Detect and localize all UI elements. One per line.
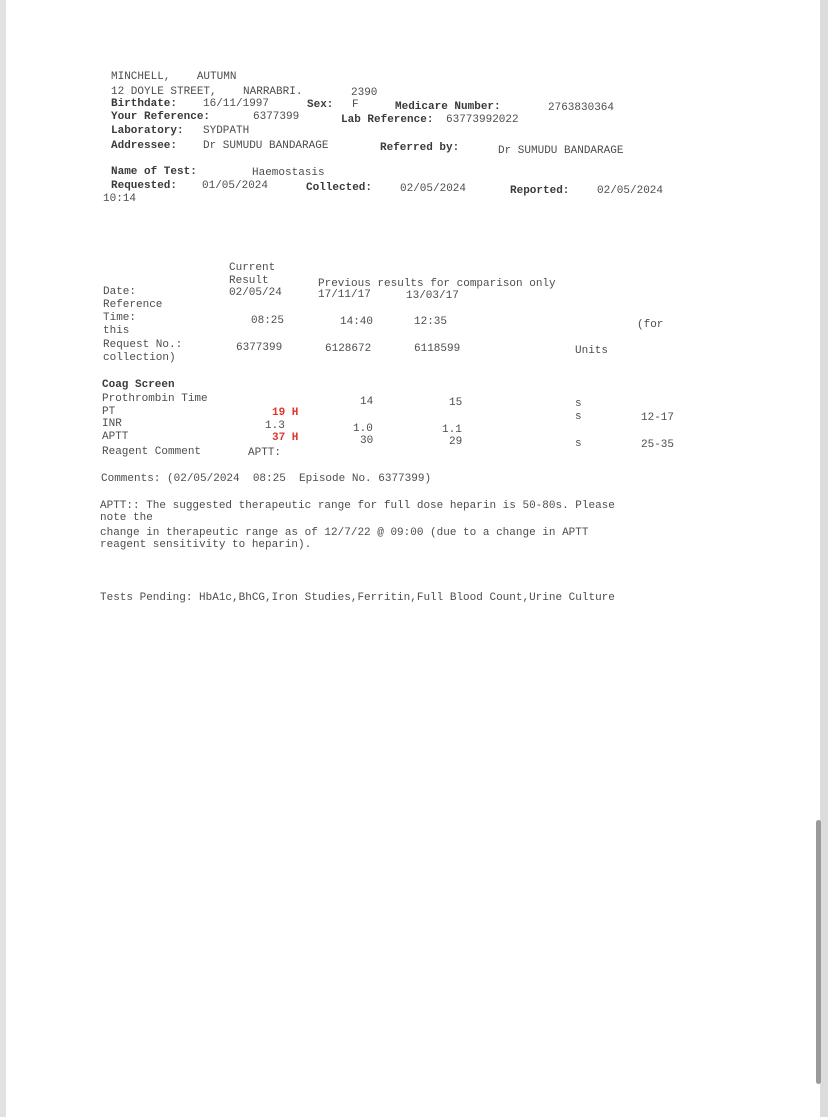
viewer-left-edge: [0, 0, 6, 1117]
tests-pending: Tests Pending: HbA1c,BhCG,Iron Studies,F…: [100, 592, 615, 604]
your-reference-value: 6377399: [253, 111, 299, 123]
row-current-flagged: 37 H: [272, 432, 298, 444]
time-label: Time:: [103, 312, 136, 324]
comment-line-1: APTT:: The suggested therapeutic range f…: [100, 500, 615, 512]
date-current: 02/05/24: [229, 287, 282, 299]
for-label: (for: [637, 319, 663, 331]
row-prev2: 29: [449, 436, 462, 448]
referred-by-label: Referred by:: [380, 142, 459, 154]
comment-line-3: change in therapeutic range as of 12/7/2…: [100, 527, 588, 539]
medicare-label: Medicare Number:: [395, 101, 501, 113]
time-prev1: 14:40: [340, 316, 373, 328]
laboratory-label: Laboratory:: [111, 125, 184, 137]
row-prev1: 14: [360, 396, 373, 408]
comment-line-2: note the: [100, 512, 153, 524]
current-header-2: Result: [229, 275, 269, 287]
collected-value: 02/05/2024: [400, 183, 466, 195]
scrollbar-track[interactable]: [820, 0, 828, 1117]
reported-label: Reported:: [510, 185, 569, 197]
date-prev2: 13/03/17: [406, 290, 459, 302]
medicare-value: 2763830364: [548, 102, 614, 114]
coag-section-title: Coag Screen: [102, 379, 175, 391]
requested-value: 01/05/2024: [202, 180, 268, 192]
test-name-label: Name of Test:: [111, 166, 197, 178]
units-label: Units: [575, 345, 608, 357]
request-current: 6377399: [236, 342, 282, 354]
row-current: APTT:: [248, 447, 281, 459]
row-current-flagged: 19 H: [272, 407, 298, 419]
patient-address: 12 DOYLE STREET, NARRABRI.: [111, 86, 302, 98]
row-label: INR: [102, 418, 122, 430]
request-no-label: Request No.:: [103, 339, 182, 351]
your-reference-label: Your Reference:: [111, 111, 210, 123]
patient-postcode: 2390: [351, 87, 377, 99]
row-label: Reagent Comment: [102, 446, 201, 458]
row-range: 12-17: [641, 412, 674, 424]
lab-reference-label: Lab Reference:: [341, 114, 433, 126]
this-label: this: [103, 325, 129, 337]
current-header-1: Current: [229, 262, 275, 274]
lab-reference-value: 63773992022: [446, 114, 519, 126]
collected-label: Collected:: [306, 182, 372, 194]
collection-label: collection): [103, 352, 176, 364]
sex-label: Sex:: [307, 99, 333, 111]
reference-label: Reference: [103, 299, 162, 311]
addressee-value: Dr SUMUDU BANDARAGE: [203, 140, 328, 152]
birthdate-value: 16/11/1997: [203, 98, 269, 110]
request-prev1: 6128672: [325, 343, 371, 355]
row-prev2: 15: [449, 397, 462, 409]
comments-header: Comments: (02/05/2024 08:25 Episode No. …: [101, 473, 431, 485]
time-prev2: 12:35: [414, 316, 447, 328]
scrollbar-thumb[interactable]: [816, 820, 821, 1084]
row-prev1: 30: [360, 435, 373, 447]
row-prev1: 1.0: [353, 423, 373, 435]
test-name-value: Haemostasis: [252, 167, 325, 179]
addressee-label: Addressee:: [111, 140, 177, 152]
reported-value: 02/05/2024: [597, 185, 663, 197]
row-current: 1.3: [265, 420, 285, 432]
row-unit: s: [575, 411, 582, 423]
date-prev1: 17/11/17: [318, 289, 371, 301]
row-label: APTT: [102, 431, 128, 443]
row-label: Prothrombin Time: [102, 393, 208, 405]
row-unit: s: [575, 438, 582, 450]
request-prev2: 6118599: [414, 343, 460, 355]
laboratory-value: SYDPATH: [203, 125, 249, 137]
time-current: 08:25: [251, 315, 284, 327]
requested-label: Requested:: [111, 180, 177, 192]
comment-line-4: reagent sensitivity to heparin).: [100, 539, 311, 551]
birthdate-label: Birthdate:: [111, 98, 177, 110]
row-prev2: 1.1: [442, 424, 462, 436]
report-time: 10:14: [103, 193, 136, 205]
sex-value: F: [352, 99, 359, 111]
date-label: Date:: [103, 286, 136, 298]
row-label: PT: [102, 406, 115, 418]
row-unit: s: [575, 398, 582, 410]
row-range: 25-35: [641, 439, 674, 451]
patient-name: MINCHELL, AUTUMN: [111, 71, 236, 83]
referred-by-value: Dr SUMUDU BANDARAGE: [498, 145, 623, 157]
